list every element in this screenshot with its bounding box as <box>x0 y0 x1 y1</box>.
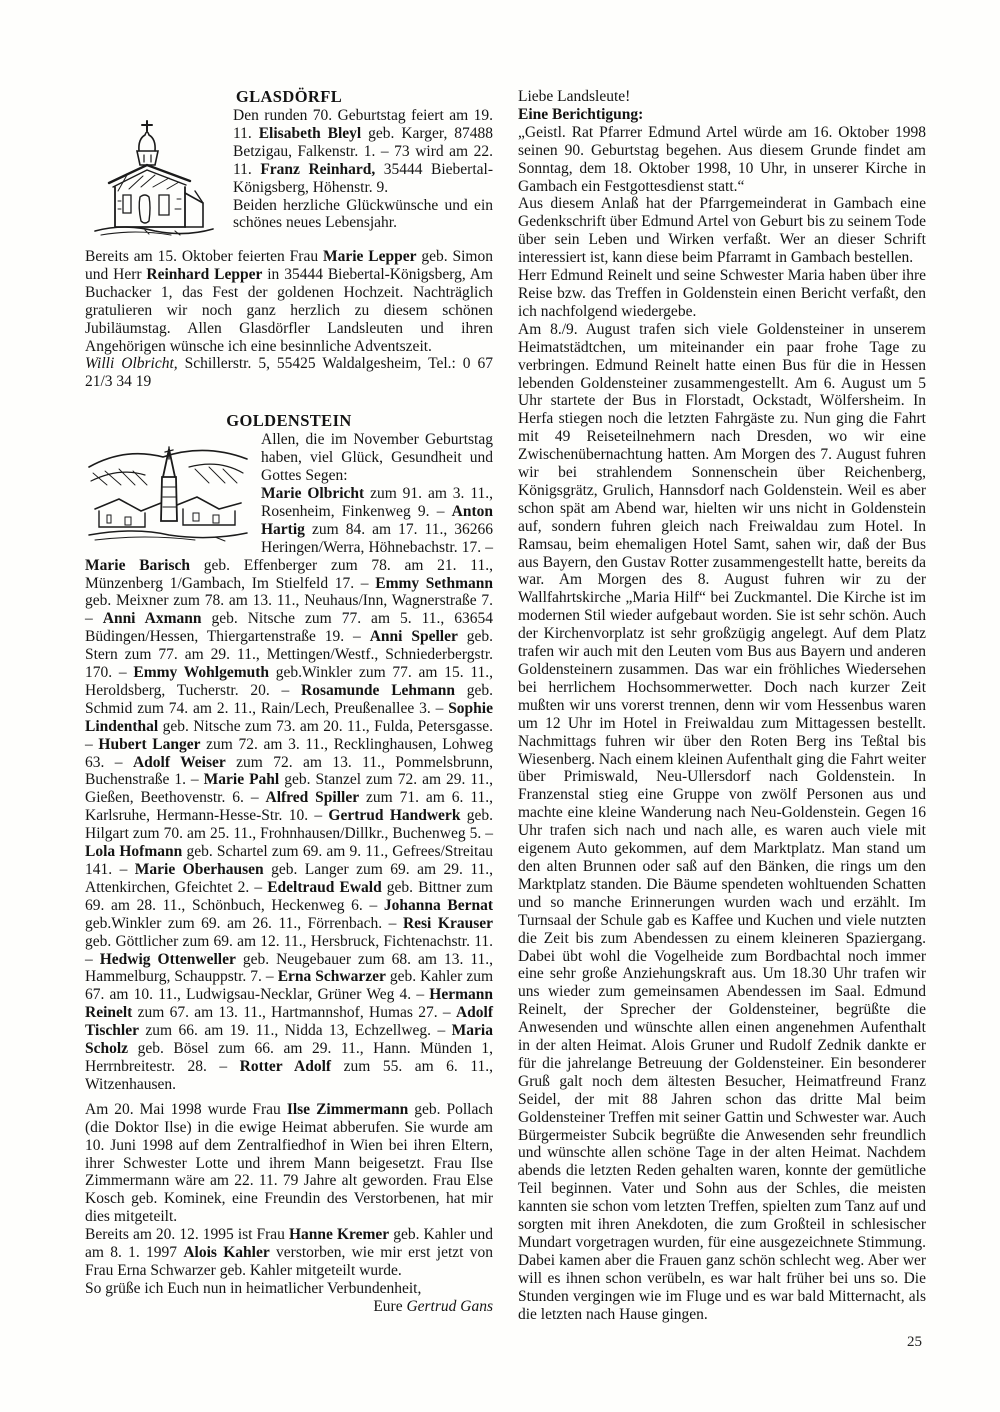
salutation-line: Liebe Landsleute! <box>518 88 926 106</box>
goldenstein-birthday-list: Marie Olbricht zum 91. am 3. 11., Rosenh… <box>85 485 493 1094</box>
village-illustration <box>85 433 251 545</box>
correction-heading: Eine Berichtigung: <box>518 106 926 124</box>
correction-quote-paragraph: „Geistl. Rat Pfarrer Edmund Artel würde … <box>518 124 926 196</box>
church-illustration <box>85 109 223 239</box>
closing-line: So grüße ich Euch nun in heimatlicher Ve… <box>85 1280 493 1298</box>
goldenstein-section: GOLDENSTEIN <box>85 412 493 1094</box>
newsletter-page: GLASDÖRFL <box>0 0 1000 1412</box>
glasdoerfl-heading: GLASDÖRFL <box>85 88 493 106</box>
travel-report-paragraph: Am 8./9. August trafen sich viele Golden… <box>518 321 926 1324</box>
obituary-paragraph-1: Am 20. Mai 1998 wurde Frau Ilse Zimmerma… <box>85 1101 493 1226</box>
obituary-paragraph-2: Bereits am 20. 12. 1995 ist Frau Hanne K… <box>85 1226 493 1280</box>
two-column-layout: GLASDÖRFL <box>85 88 925 1324</box>
glasdoerfl-section: Den runden 70. Geburtstag feiert am 19. … <box>85 107 493 241</box>
left-column: GLASDÖRFL <box>85 88 493 1324</box>
signature-line: Eure Gertrud Gans <box>85 1298 493 1316</box>
glasdoerfl-anniversary-paragraph: Bereits am 15. Oktober feierten Frau Mar… <box>85 248 493 355</box>
contact-line: Willi Olbricht, Schillerstr. 5, 55425 Wa… <box>85 355 493 391</box>
page-number: 25 <box>907 1334 922 1351</box>
memorial-paragraph: Aus diesem Anlaß hat der Pfarrgemeindera… <box>518 195 926 267</box>
goldenstein-heading: GOLDENSTEIN <box>85 412 493 430</box>
right-column: Liebe Landsleute! Eine Berichtigung: „Ge… <box>518 88 926 1324</box>
report-intro-paragraph: Herr Edmund Reinelt und seine Schwester … <box>518 267 926 321</box>
